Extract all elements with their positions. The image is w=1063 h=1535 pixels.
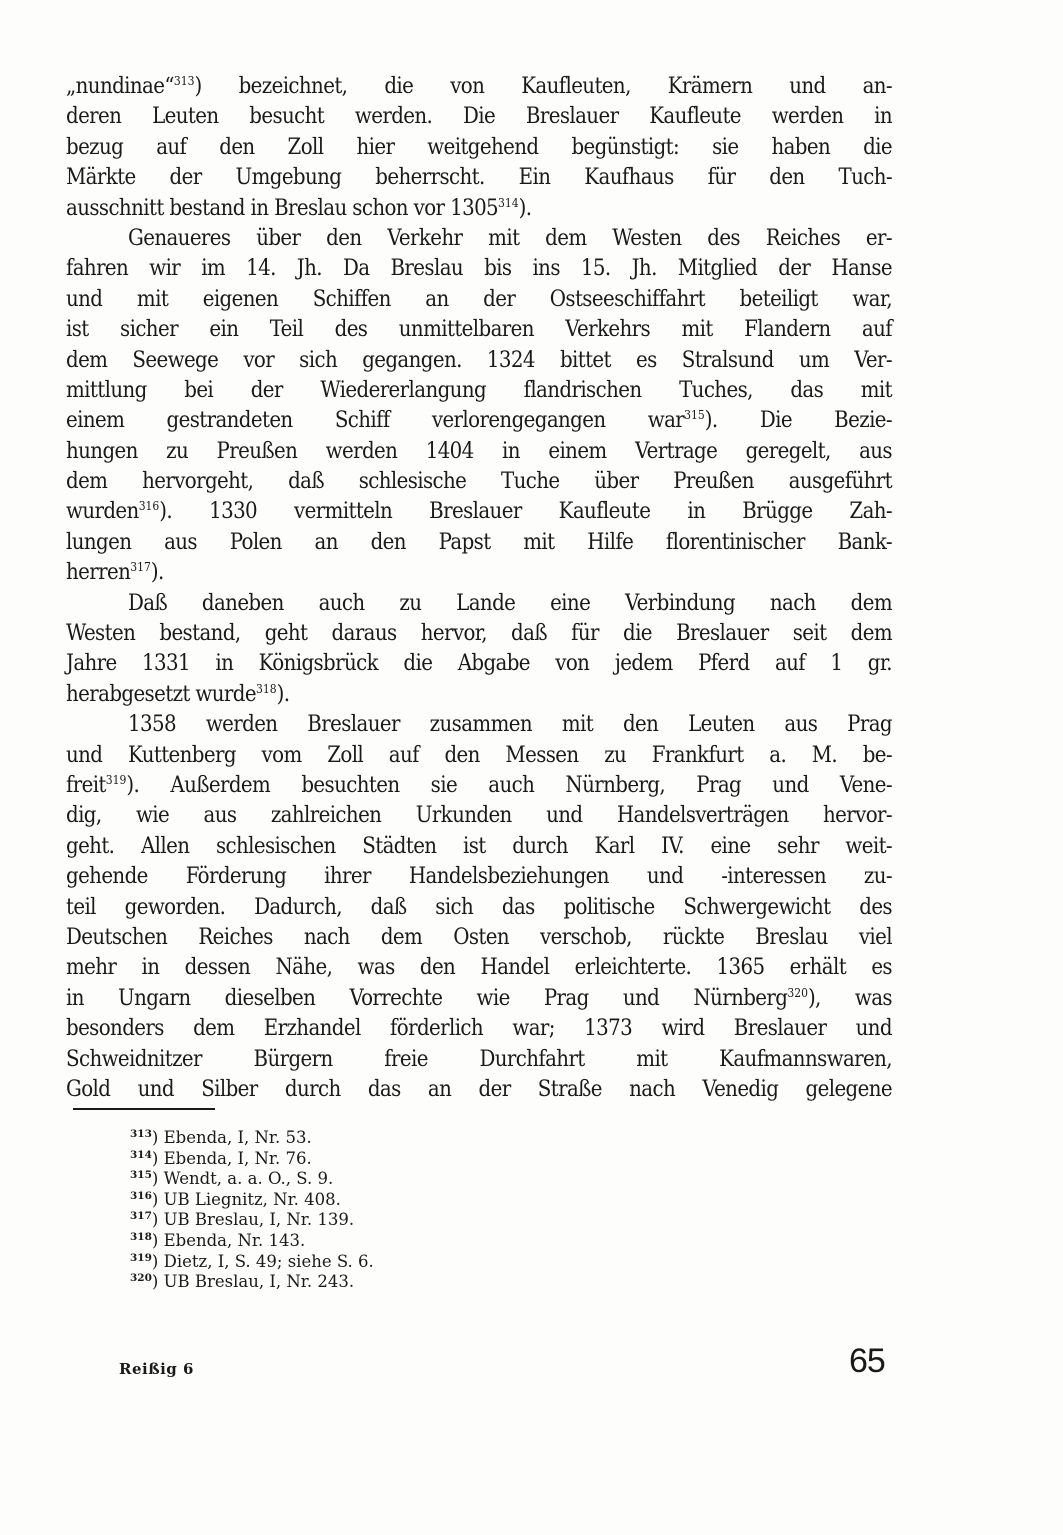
printer-signature: Reißig 6: [119, 1360, 194, 1378]
text-line: deren Leuten besucht werden. Die Breslau…: [66, 102, 892, 132]
text-line: einem gestrandeten Schiff verlorengegang…: [66, 406, 892, 436]
text-line: Westen bestand, geht daraus hervor, daß …: [66, 619, 892, 649]
text-line: teil geworden. Dadurch, daß sich das pol…: [66, 893, 892, 923]
footnote-divider: [73, 1108, 215, 1110]
text-line: geht. Allen schlesischen Städten ist dur…: [66, 832, 892, 862]
text-line: ausschnitt bestand in Breslau schon vor …: [66, 194, 892, 224]
footnote-ref: 317: [130, 560, 151, 574]
footnote-ref: 319: [106, 773, 127, 787]
paragraph-start-line: Genaueres über den Verkehr mit dem Weste…: [66, 224, 892, 254]
footnote-ref: 314: [498, 196, 519, 210]
text-line: freit319). Außerdem besuchten sie auch N…: [66, 771, 892, 801]
footnote: 314) Ebenda, I, Nr. 76.: [130, 1149, 630, 1170]
footnote: 320) UB Breslau, I, Nr. 243.: [130, 1272, 630, 1293]
footnote: 316) UB Liegnitz, Nr. 408.: [130, 1190, 630, 1211]
footnote: 319) Dietz, I, S. 49; siehe S. 6.: [130, 1252, 630, 1273]
paragraph-start-line: 1358 werden Breslauer zusammen mit den L…: [66, 710, 892, 740]
text-line: Jahre 1331 in Königsbrück die Abgabe von…: [66, 649, 892, 679]
main-text: „nundinae“313) bezeichnet, die von Kaufl…: [66, 72, 892, 1105]
text-line: Schweidnitzer Bürgern freie Durchfahrt m…: [66, 1045, 892, 1075]
text-line: und mit eigenen Schiffen an der Ostseesc…: [66, 285, 892, 315]
page-number: 65: [849, 1342, 885, 1381]
footnotes: 313) Ebenda, I, Nr. 53. 314) Ebenda, I, …: [130, 1128, 630, 1293]
text-line: Märkte der Umgebung beherrscht. Ein Kauf…: [66, 163, 892, 193]
text-line: dig, wie aus zahlreichen Urkunden und Ha…: [66, 801, 892, 831]
text-line: hungen zu Preußen werden 1404 in einem V…: [66, 437, 892, 467]
text-line: lungen aus Polen an den Papst mit Hilfe …: [66, 528, 892, 558]
footnote: 313) Ebenda, I, Nr. 53.: [130, 1128, 630, 1149]
text-line: gehende Förderung ihrer Handelsbeziehung…: [66, 862, 892, 892]
text-line: besonders dem Erzhandel förderlich war; …: [66, 1014, 892, 1044]
footnote: 315) Wendt, a. a. O., S. 9.: [130, 1169, 630, 1190]
footnote-ref: 320: [787, 986, 808, 1000]
footnote-ref: 315: [684, 408, 705, 422]
text-line: ist sicher ein Teil des unmittelbaren Ve…: [66, 315, 892, 345]
text-line: mittlung bei der Wiedererlangung flandri…: [66, 376, 892, 406]
paragraph-start-line: Daß daneben auch zu Lande eine Verbindun…: [66, 589, 892, 619]
text-line: Deutschen Reiches nach dem Osten verscho…: [66, 923, 892, 953]
text-line: Gold und Silber durch das an der Straße …: [66, 1075, 892, 1105]
footnote: 318) Ebenda, Nr. 143.: [130, 1231, 630, 1252]
text-line: in Ungarn dieselben Vorrechte wie Prag u…: [66, 984, 892, 1014]
footnote-ref: 316: [139, 499, 160, 513]
text-line: mehr in dessen Nähe, was den Handel erle…: [66, 953, 892, 983]
text-line: bezug auf den Zoll hier weitgehend begün…: [66, 133, 892, 163]
text-line: und Kuttenberg vom Zoll auf den Messen z…: [66, 741, 892, 771]
footnote-ref: 313: [174, 74, 195, 88]
footnote: 317) UB Breslau, I, Nr. 139.: [130, 1210, 630, 1231]
text-line: dem Seewege vor sich gegangen. 1324 bitt…: [66, 346, 892, 376]
text-line: dem hervorgeht, daß schlesische Tuche üb…: [66, 467, 892, 497]
text-line: herren317).: [66, 558, 892, 588]
text-line: fahren wir im 14. Jh. Da Breslau bis ins…: [66, 254, 892, 284]
footnote-ref: 318: [256, 682, 277, 696]
text-line: wurden316). 1330 vermitteln Breslauer Ka…: [66, 497, 892, 527]
text-line: „nundinae“313) bezeichnet, die von Kaufl…: [66, 72, 892, 102]
book-page: „nundinae“313) bezeichnet, die von Kaufl…: [0, 0, 1063, 1535]
text-line: herabgesetzt wurde318).: [66, 680, 892, 710]
